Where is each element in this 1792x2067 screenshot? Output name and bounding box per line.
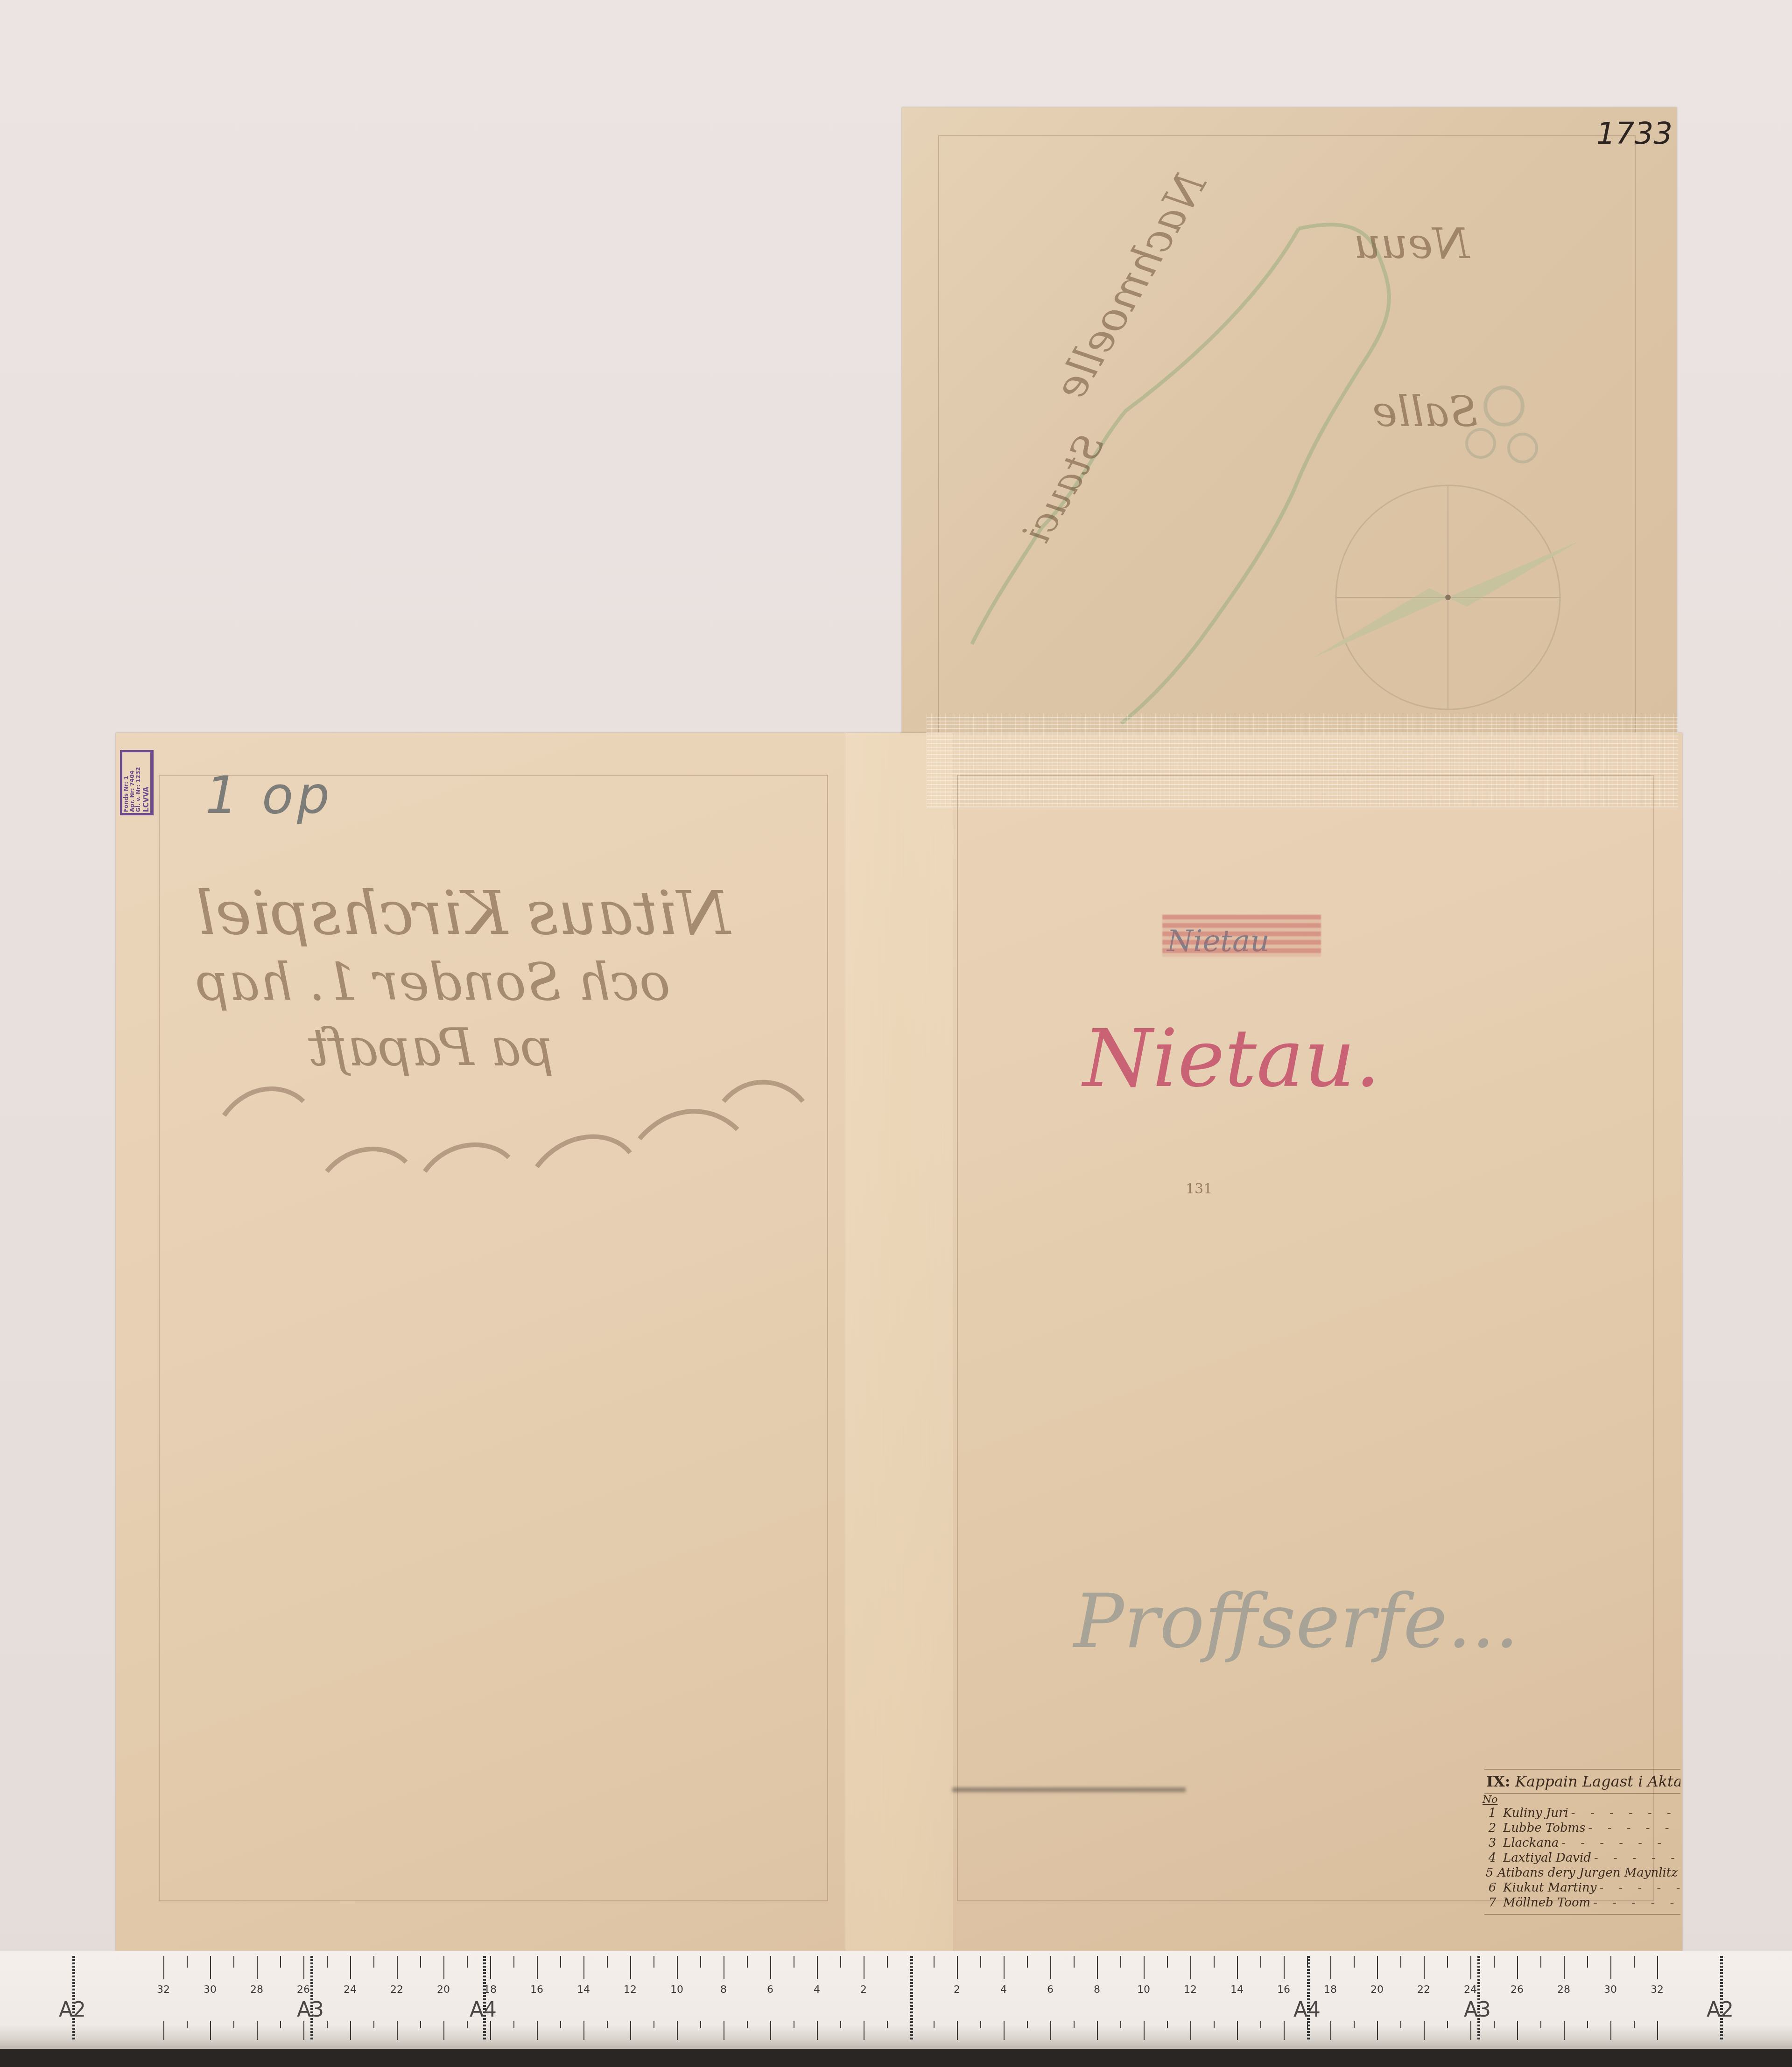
ruler-tick	[1657, 2021, 1658, 2040]
ruler-tick	[1517, 1956, 1518, 1979]
ruler-tick	[1330, 2021, 1331, 2040]
ruler-tick	[1284, 2021, 1285, 2040]
ruler-tick	[1540, 1956, 1541, 1968]
stamp-lines: Fonds Nr: 1 Apr. Nr: 7404 Gl. v. Nr: 123…	[122, 752, 142, 813]
ruler-tick	[1260, 2021, 1261, 2028]
ruler-tick	[420, 2021, 421, 2028]
ruler-tick	[397, 1956, 398, 1979]
ruler-tick	[840, 2021, 841, 2028]
row-number: 6	[1484, 1880, 1500, 1895]
ruler-tick	[1634, 2021, 1635, 2028]
row-name: Llackana	[1500, 1836, 1559, 1850]
row-dashes: - - - - - -	[1591, 1850, 1680, 1865]
mirrored-title-line: och Sonder 1. hap	[196, 952, 670, 1012]
table-row: 6Kiukut Martiny- - - - - -	[1484, 1880, 1680, 1895]
table-row: 7Möllneb Toom- - - - - -	[1484, 1895, 1680, 1910]
ruler-tick	[887, 2021, 888, 2028]
ruler-tick-label: 24	[344, 1984, 357, 1996]
ruler-tick	[1330, 1956, 1331, 1979]
row-dashes: -	[1678, 1865, 1680, 1880]
ruler-tick-label: 16	[1277, 1984, 1290, 1996]
ruler-tick	[1004, 1956, 1005, 1979]
row-name: Lubbe Tobms	[1500, 1821, 1586, 1836]
ruler-tick	[864, 1956, 864, 1979]
register-footer-rule	[1484, 1914, 1680, 1915]
ruler-tick	[654, 2021, 654, 2028]
ruler-tick	[1237, 1956, 1238, 1979]
compass-rose-icon	[1313, 485, 1579, 709]
ruler-tick	[934, 1956, 935, 1968]
ruler-tick	[630, 2021, 631, 2040]
ruler-tick	[724, 2021, 724, 2040]
ruler-tick-label: 10	[1137, 1984, 1150, 1996]
ruler-tick	[1167, 1956, 1168, 1968]
table-row: 5Atibans dery Jurgen Maynlitz-	[1484, 1865, 1680, 1880]
ruler-tick	[747, 2021, 748, 2028]
ruler-tick	[1354, 2021, 1355, 2028]
ruler-tick	[980, 1956, 981, 1968]
stamp-apr: Apr. Nr: 7404	[129, 771, 135, 812]
ruler-tick	[490, 1956, 491, 1979]
row-dashes: - - - - - -	[1559, 1836, 1680, 1850]
ruler-tick-label: 4	[1000, 1984, 1007, 1996]
ruler-tick	[397, 2021, 398, 2040]
register-header: IX: Kappain Lagast i Aktan	[1484, 1769, 1680, 1794]
ruler-tick	[1424, 2021, 1425, 2040]
ruler-tick	[303, 1956, 304, 1979]
ruler-tick	[233, 2021, 234, 2028]
ruler-tick	[887, 1956, 888, 1968]
row-dashes: - - - - - -	[1596, 1880, 1680, 1895]
ruler-tick	[1260, 1956, 1261, 1968]
ruler-tick-label: 18	[1324, 1984, 1337, 1996]
ruler-tick	[1400, 2021, 1401, 2028]
ruler-tick	[700, 2021, 701, 2028]
ruler-tick	[583, 1956, 584, 1979]
paper-size-label: A3	[1464, 1998, 1491, 2022]
row-dashes: - - - - - -	[1590, 1895, 1680, 1910]
ruler-tick	[677, 1956, 678, 1979]
ruler-tick	[1190, 2021, 1191, 2040]
ruler-tick	[1144, 2021, 1145, 2040]
ruler-tick-label: 30	[1604, 1984, 1617, 1996]
ruler-tick	[1634, 1956, 1635, 1968]
paper-size-label: A4	[1293, 1998, 1321, 2022]
map-label-mirrored: Salle	[1372, 387, 1478, 436]
ruler-tick	[490, 2021, 491, 2040]
table-row: 2Lubbe Tobms- - - - - -	[1484, 1821, 1680, 1836]
ruler-tick-label: 14	[577, 1984, 590, 1996]
paper-join-strip	[845, 733, 953, 1951]
ruler-tick	[840, 1956, 841, 1968]
row-number: 4	[1484, 1850, 1500, 1865]
ruler-tick	[1610, 1956, 1611, 1979]
ruler-tick	[1494, 1956, 1495, 1968]
ruler-tick	[1470, 1956, 1471, 1979]
ruler-tick-label: 4	[814, 1984, 820, 1996]
mirrored-title-line: Nitaus Kirchspiel	[196, 877, 730, 948]
ruler-tick	[957, 1956, 958, 1979]
register-col-no: No	[1483, 1794, 1680, 1806]
ruler-tick	[1004, 2021, 1005, 2040]
ruler-tick	[1610, 2021, 1611, 2040]
red-strikethrough	[1162, 915, 1321, 957]
ruler-tick	[677, 2021, 678, 2040]
ruler-tick	[1587, 1956, 1588, 1968]
ruler-tick	[187, 1956, 188, 1968]
ruler-tick-label: 30	[204, 1984, 217, 1996]
row-number: 2	[1484, 1821, 1500, 1836]
ruler-tick-label: 22	[1417, 1984, 1430, 1996]
faint-ink-rule	[952, 1787, 1186, 1792]
ruler-tick	[980, 2021, 981, 2028]
mirrored-map-drawing	[902, 107, 1677, 775]
ruler-tick-label: 14	[1230, 1984, 1244, 1996]
ruler-tick	[583, 2021, 584, 2040]
ruler-tick-label: 32	[157, 1984, 170, 1996]
ruler-tick	[443, 1956, 444, 1979]
ruler-tick	[1097, 1956, 1098, 1979]
ruler-tick-label: 8	[720, 1984, 727, 1996]
ruler-tick-label: 20	[1370, 1984, 1384, 1996]
stamp-fonds: Fonds Nr: 1	[123, 776, 129, 812]
ruler-tick	[1120, 1956, 1121, 1968]
ruler-tick	[770, 2021, 771, 2040]
ruler-tick	[1214, 1956, 1215, 1968]
register-title: Kappain Lagast i Aktan	[1515, 1773, 1680, 1790]
ruler-tick	[420, 1956, 421, 1968]
ruler-tick	[1564, 1956, 1565, 1979]
measuring-ruler: 3230282624222018161412108642246810121416…	[0, 1951, 1792, 2049]
ruler-tick-label: 20	[437, 1984, 450, 1996]
ruler-tick-label: 28	[1557, 1984, 1570, 1996]
ruler-tick	[607, 2021, 608, 2028]
ruler-tick	[747, 1956, 748, 1968]
ruler-tick	[1354, 1956, 1355, 1968]
ruler-tick-label: 24	[1464, 1984, 1477, 1996]
ruler-tick	[233, 1956, 234, 1968]
ruler-tick	[210, 1956, 211, 1979]
ruler-tick-label: 12	[1184, 1984, 1197, 1996]
ruler-tick	[1564, 2021, 1565, 2040]
ruler-tick	[957, 2021, 958, 2040]
ruler-tick	[1517, 2021, 1518, 2040]
ruler-tick-label: 8	[1094, 1984, 1100, 1996]
ruler-tick	[257, 1956, 258, 1979]
row-name: Kiukut Martiny	[1500, 1880, 1596, 1895]
ruler-tick	[1470, 2021, 1471, 2040]
register-number: IX:	[1486, 1773, 1511, 1790]
ruler-tick	[303, 2021, 304, 2040]
folio-pencil-mark: 1 op	[205, 765, 333, 825]
ruler-tick	[1657, 1956, 1658, 1979]
ruler-tick	[1447, 2021, 1448, 2028]
stamp-title: LCVVA	[142, 752, 152, 813]
ruler-tick	[700, 1956, 701, 1968]
ruler-tick-label: 6	[1047, 1984, 1054, 1996]
ruler-tick	[257, 2021, 258, 2040]
peasant-register-table: IX: Kappain Lagast i Aktan No 1Kuliny Ju…	[1484, 1769, 1680, 1927]
paper-size-marker	[910, 1956, 913, 2040]
ruler-tick	[467, 2021, 468, 2028]
ruler-tick-label: 32	[1651, 1984, 1664, 1996]
ruler-tick	[724, 1956, 724, 1979]
ruler-tick	[1377, 2021, 1378, 2040]
scanner-edge	[0, 2049, 1792, 2067]
ruler-tick	[467, 1956, 468, 1968]
ruler-tick	[654, 1956, 654, 1968]
ruler-tick	[513, 1956, 514, 1968]
ruler-tick	[560, 1956, 561, 1968]
ruler-tick	[163, 1956, 164, 1979]
ruler-tick	[1237, 2021, 1238, 2040]
ruler-tick	[1587, 2021, 1588, 2028]
row-name: Möllneb Toom	[1500, 1895, 1590, 1910]
ruler-tick	[373, 1956, 374, 1968]
ruler-tick	[1494, 2021, 1495, 2028]
table-row: 4Laxtiyal David- - - - - -	[1484, 1850, 1680, 1865]
ruler-tick	[794, 2021, 794, 2028]
ruler-tick	[537, 2021, 538, 2040]
paper-size-label: A4	[470, 1998, 497, 2022]
ruler-tick-label: 16	[530, 1984, 543, 1996]
row-dashes: - - - - - -	[1568, 1806, 1680, 1821]
ruler-tick	[1074, 1956, 1075, 1968]
ruler-tick	[1424, 1956, 1425, 1979]
row-dashes: - - - - - -	[1586, 1821, 1680, 1836]
row-name: Kuliny Juri	[1500, 1806, 1568, 1821]
ruler-tick	[350, 2021, 351, 2040]
ruler-tick	[1167, 2021, 1168, 2028]
ruler-tick-label: 2	[860, 1984, 867, 1996]
place-name-title: Nietau.	[1083, 1013, 1380, 1105]
ruler-tick	[1050, 1956, 1051, 1979]
table-row: 1Kuliny Juri- - - - - -	[1484, 1806, 1680, 1821]
ruler-tick	[817, 1956, 818, 1979]
ruler-tick	[187, 2021, 188, 2028]
ruler-tick	[327, 2021, 328, 2028]
ruler-tick	[1050, 2021, 1051, 2040]
ruler-tick-label: 2	[954, 1984, 960, 1996]
ruler-tick-label: 22	[390, 1984, 403, 1996]
row-number: 3	[1484, 1836, 1500, 1850]
ruler-tick	[210, 2021, 211, 2040]
ruler-tick	[630, 1956, 631, 1979]
ruler-tick	[1540, 2021, 1541, 2028]
mirrored-cloud-ornaments	[210, 1050, 817, 1204]
ruler-tick	[607, 1956, 608, 1968]
ruler-tick	[560, 2021, 561, 2028]
archive-stamp: Fonds Nr: 1 Apr. Nr: 7404 Gl. v. Nr: 123…	[120, 750, 154, 815]
ruler-tick	[1190, 1956, 1191, 1979]
ruler-tick	[350, 1956, 351, 1979]
ruler-tick	[280, 2021, 281, 2028]
ruler-tick	[280, 1956, 281, 1968]
row-number: 5	[1484, 1865, 1495, 1880]
ruler-tick-label: 26	[1511, 1984, 1524, 1996]
ruler-tick	[1284, 1956, 1285, 1979]
ruler-tick	[1400, 1956, 1401, 1968]
paper-size-label: A2	[59, 1998, 86, 2022]
ruler-tick-label: 10	[670, 1984, 683, 1996]
row-number: 7	[1484, 1895, 1500, 1910]
ruler-tick	[1447, 1956, 1448, 1968]
ruler-tick	[1144, 1956, 1145, 1979]
ruler-tick	[327, 1956, 328, 1968]
row-number: 1	[1484, 1806, 1500, 1821]
ruler-tick	[817, 2021, 818, 2040]
ruler-tick-label: 28	[250, 1984, 263, 1996]
ruler-tick	[934, 2021, 935, 2028]
faint-page-number: 131	[1186, 1181, 1212, 1197]
ruler-tick	[864, 2021, 864, 2040]
ruler-tick	[513, 2021, 514, 2028]
ruler-tick	[443, 2021, 444, 2040]
ruler-tick	[1120, 2021, 1121, 2028]
ruler-tick-label: 6	[767, 1984, 773, 1996]
ruler-tick	[1027, 1956, 1028, 1968]
ruler-tick	[1027, 2021, 1028, 2028]
ruler-tick	[163, 2021, 164, 2040]
ruler-tick-label: 26	[297, 1984, 310, 1996]
ruler-tick	[1097, 2021, 1098, 2040]
row-name: Atibans dery Jurgen Maynlitz	[1495, 1865, 1678, 1880]
table-row: 3Llackana- - - - - -	[1484, 1836, 1680, 1850]
ruler-tick	[537, 1956, 538, 1979]
ruler-tick	[1214, 2021, 1215, 2028]
ruler-tick-label: 12	[624, 1984, 637, 1996]
paper-size-label: A3	[297, 1998, 324, 2022]
ruler-tick	[373, 2021, 374, 2028]
ruler-tick	[1074, 2021, 1075, 2028]
paper-size-label: A2	[1707, 1998, 1734, 2022]
stamp-glv: Gl. v. Nr: 1232	[135, 767, 141, 812]
ruler-tick	[794, 1956, 794, 1968]
faint-signature: Proffserfe...	[1074, 1577, 1519, 1665]
year-annotation: 1733	[1596, 117, 1673, 151]
map-label-mirrored: Neuu	[1354, 219, 1469, 268]
ruler-tick	[1377, 1956, 1378, 1979]
ruler-tick	[770, 1956, 771, 1979]
row-name: Laxtiyal David	[1500, 1850, 1591, 1865]
